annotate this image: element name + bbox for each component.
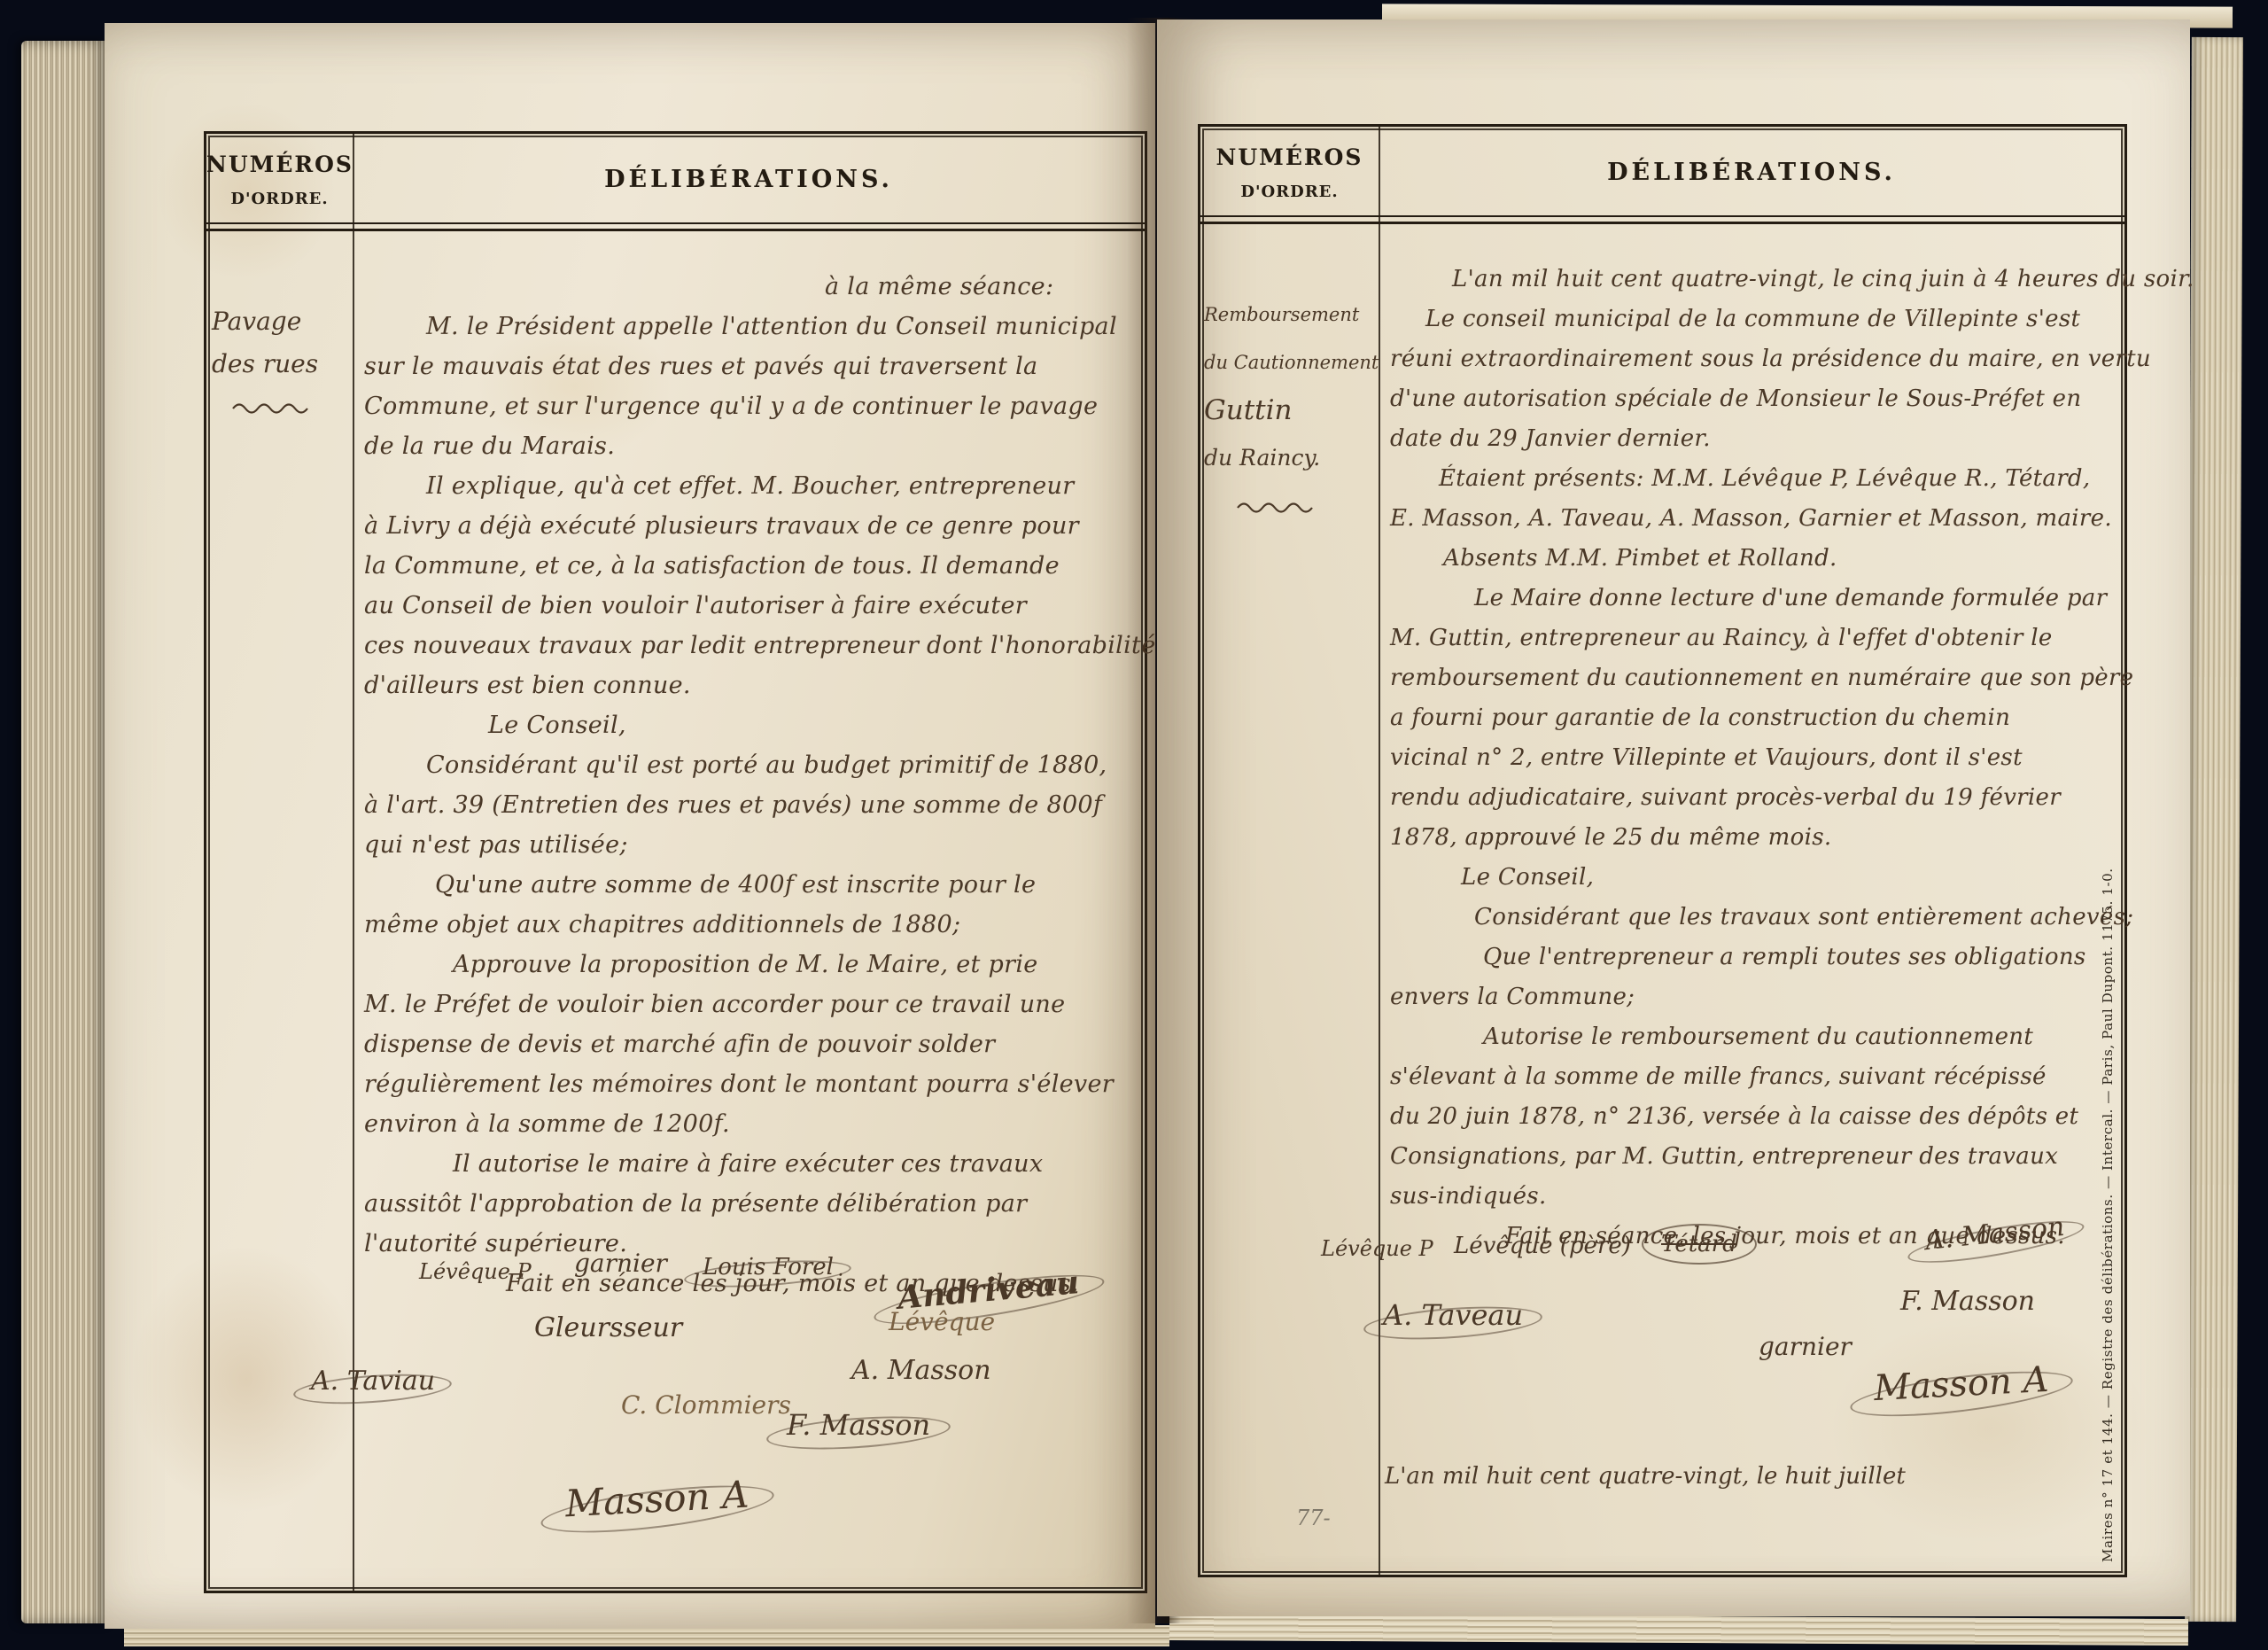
manuscript-line: Que l'entrepreneur a rempli toutes ses o… bbox=[1483, 938, 2116, 977]
margin-note-line: Pavage bbox=[212, 300, 346, 343]
manuscript-line: à Livry a déjà exécuté plusieurs travaux… bbox=[364, 506, 1136, 546]
signature: A. Taviau bbox=[311, 1366, 435, 1397]
manuscript-line: M. Guttin, entrepreneur au Raincy, à l'e… bbox=[1390, 619, 2116, 658]
signature: Gleursseur bbox=[534, 1312, 682, 1343]
book-bottom-page-edges-right bbox=[1169, 1614, 2188, 1646]
signature: Louis Forel bbox=[703, 1254, 834, 1280]
manuscript-line: d'une autorisation spéciale de Monsieur … bbox=[1390, 379, 2116, 419]
margin-note-line: des rues bbox=[212, 343, 346, 385]
column-header-numeros: NUMÉROS D'ORDRE. bbox=[206, 152, 353, 208]
manuscript-line: environ à la somme de 1200f. bbox=[364, 1104, 1136, 1144]
signature: Masson A bbox=[564, 1473, 750, 1526]
deliberation-text: à la même séance:M. le Président appelle… bbox=[364, 267, 1136, 1304]
photograph-background: NUMÉROS D'ORDRE. DÉLIBÉRATIONS. Pavagede… bbox=[0, 0, 2268, 1650]
manuscript-line: à la même séance: bbox=[825, 267, 1136, 307]
margin-note-line: du Raincy. bbox=[1204, 434, 1374, 482]
signature: C. Clommiers bbox=[621, 1390, 791, 1420]
left-page: NUMÉROS D'ORDRE. DÉLIBÉRATIONS. Pavagede… bbox=[105, 23, 1155, 1629]
manuscript-line: Le Conseil, bbox=[1461, 858, 2116, 898]
manuscript-line: L'an mil huit cent quatre-vingt, le cinq… bbox=[1452, 260, 2116, 300]
signature: Lévêque bbox=[889, 1307, 995, 1336]
manuscript-line: Il autorise le maire à faire exécuter ce… bbox=[453, 1144, 1136, 1184]
deliberation-text: L'an mil huit cent quatre-vingt, le cinq… bbox=[1390, 260, 2116, 1257]
manuscript-line: Approuve la proposition de M. le Maire, … bbox=[453, 945, 1136, 985]
column-header-deliberations: DÉLIBÉRATIONS. bbox=[1379, 159, 2124, 186]
margin-note-line: Guttin bbox=[1204, 386, 1374, 434]
signature: Lévêque P bbox=[419, 1259, 532, 1284]
signature: Lévêque (père) bbox=[1454, 1233, 1631, 1259]
manuscript-line: Qu'une autre somme de 400f est inscrite … bbox=[435, 865, 1136, 905]
signature: A. Taveau bbox=[1383, 1298, 1523, 1332]
margin-squiggle bbox=[1236, 499, 1333, 515]
header-numeros-line2: D'ORDRE. bbox=[1200, 183, 1379, 201]
margin-note: Pavagedes rues bbox=[212, 300, 346, 385]
manuscript-line: aussitôt l'approbation de la présente dé… bbox=[364, 1184, 1136, 1224]
right-page: NUMÉROS D'ORDRE. DÉLIBÉRATIONS. Rembours… bbox=[1157, 19, 2190, 1616]
manuscript-line: sus-indiqués. bbox=[1390, 1177, 2116, 1217]
manuscript-line: au Conseil de bien vouloir l'autoriser à… bbox=[364, 586, 1136, 626]
signature: A. Masson bbox=[851, 1355, 991, 1386]
signature: Tétard bbox=[1642, 1224, 1757, 1265]
signature: Lévêque P bbox=[1321, 1236, 1433, 1261]
signature: F. Masson bbox=[1900, 1286, 2035, 1317]
manuscript-line: E. Masson, A. Taveau, A. Masson, Garnier… bbox=[1390, 499, 2116, 539]
manuscript-line: remboursement du cautionnement en numéra… bbox=[1390, 658, 2116, 698]
header-numeros-line1: NUMÉROS bbox=[1200, 144, 1379, 170]
manuscript-line: Le conseil municipal de la commune de Vi… bbox=[1425, 300, 2116, 339]
manuscript-line: Consignations, par M. Guttin, entreprene… bbox=[1390, 1137, 2116, 1177]
header-rule bbox=[206, 222, 1145, 231]
signature: Masson A bbox=[1873, 1359, 2049, 1409]
manuscript-line: Autorise le remboursement du cautionneme… bbox=[1483, 1017, 2116, 1057]
manuscript-line: 1878, approuvé le 25 du même mois. bbox=[1390, 818, 2116, 858]
margin-squiggle bbox=[231, 400, 329, 416]
column-header-deliberations: DÉLIBÉRATIONS. bbox=[353, 166, 1145, 193]
manuscript-line: d'ailleurs est bien connue. bbox=[364, 665, 1136, 705]
margin-note-line: Remboursement bbox=[1204, 291, 1374, 339]
column-divider bbox=[1379, 127, 1380, 1575]
manuscript-line: Considérant qu'il est porté au budget pr… bbox=[426, 745, 1136, 785]
signature: garnier bbox=[574, 1249, 667, 1278]
manuscript-line: vicinal n° 2, entre Villepinte et Vaujou… bbox=[1390, 738, 2116, 778]
manuscript-line: Considérant que les travaux sont entière… bbox=[1474, 898, 2116, 938]
manuscript-line: ces nouveaux travaux par ledit entrepren… bbox=[364, 626, 1136, 665]
column-header-numeros: NUMÉROS D'ORDRE. bbox=[1200, 144, 1379, 201]
manuscript-line: du 20 juin 1878, n° 2136, versée à la ca… bbox=[1390, 1097, 2116, 1137]
right-table-frame: NUMÉROS D'ORDRE. DÉLIBÉRATIONS. Rembours… bbox=[1198, 124, 2127, 1577]
margin-note-line: du Cautionnement bbox=[1204, 339, 1374, 386]
left-table-frame: NUMÉROS D'ORDRE. DÉLIBÉRATIONS. Pavagede… bbox=[204, 131, 1147, 1593]
manuscript-line: réuni extraordinairement sous la préside… bbox=[1390, 339, 2116, 379]
manuscript-line: à l'art. 39 (Entretien des rues et pavés… bbox=[364, 785, 1136, 825]
manuscript-line: envers la Commune; bbox=[1390, 977, 2116, 1017]
book-left-page-edges bbox=[21, 41, 108, 1623]
manuscript-line: Le Conseil, bbox=[488, 705, 1136, 745]
printer-imprint: Maires n° 17 et 144. — Registre des déli… bbox=[2100, 818, 2116, 1562]
manuscript-line: la Commune, et ce, à la satisfaction de … bbox=[364, 546, 1136, 586]
manuscript-line: qui n'est pas utilisée; bbox=[364, 825, 1136, 865]
manuscript-line: même objet aux chapitres additionnels de… bbox=[364, 905, 1136, 945]
manuscript-line: Absents M.M. Pimbet et Rolland. bbox=[1443, 539, 2116, 579]
manuscript-line: Le Maire donne lecture d'une demande for… bbox=[1474, 579, 2116, 619]
pencil-page-number: 77- bbox=[1296, 1506, 1331, 1530]
manuscript-line: de la rue du Marais. bbox=[364, 426, 1136, 466]
signature: F. Masson bbox=[787, 1408, 930, 1442]
manuscript-line: date du 29 Janvier dernier. bbox=[1390, 419, 2116, 459]
manuscript-line: a fourni pour garantie de la constructio… bbox=[1390, 698, 2116, 738]
manuscript-line: Étaient présents: M.M. Lévêque P, Lévêqu… bbox=[1439, 459, 2116, 499]
manuscript-line: Commune, et sur l'urgence qu'il y a de c… bbox=[364, 386, 1136, 426]
manuscript-line: Il explique, qu'à cet effet. M. Boucher,… bbox=[426, 466, 1136, 506]
manuscript-line: dispense de devis et marché afin de pouv… bbox=[364, 1024, 1136, 1064]
manuscript-line: rendu adjudicataire, suivant procès-verb… bbox=[1390, 778, 2116, 818]
signature: garnier bbox=[1759, 1332, 1852, 1361]
closing-line: L'an mil huit cent quatre-vingt, le huit… bbox=[1385, 1463, 1906, 1490]
header-rule bbox=[1200, 215, 2124, 224]
manuscript-line: régulièrement les mémoires dont le monta… bbox=[364, 1064, 1136, 1104]
manuscript-line: sur le mauvais état des rues et pavés qu… bbox=[364, 346, 1136, 386]
header-numeros-line1: NUMÉROS bbox=[206, 152, 353, 177]
manuscript-line: M. le Président appelle l'attention du C… bbox=[426, 307, 1136, 346]
manuscript-line: s'élevant à la somme de mille francs, su… bbox=[1390, 1057, 2116, 1097]
manuscript-line: M. le Préfet de vouloir bien accorder po… bbox=[364, 985, 1136, 1024]
header-numeros-line2: D'ORDRE. bbox=[206, 190, 353, 208]
margin-note: Remboursementdu CautionnementGuttindu Ra… bbox=[1204, 291, 1374, 482]
